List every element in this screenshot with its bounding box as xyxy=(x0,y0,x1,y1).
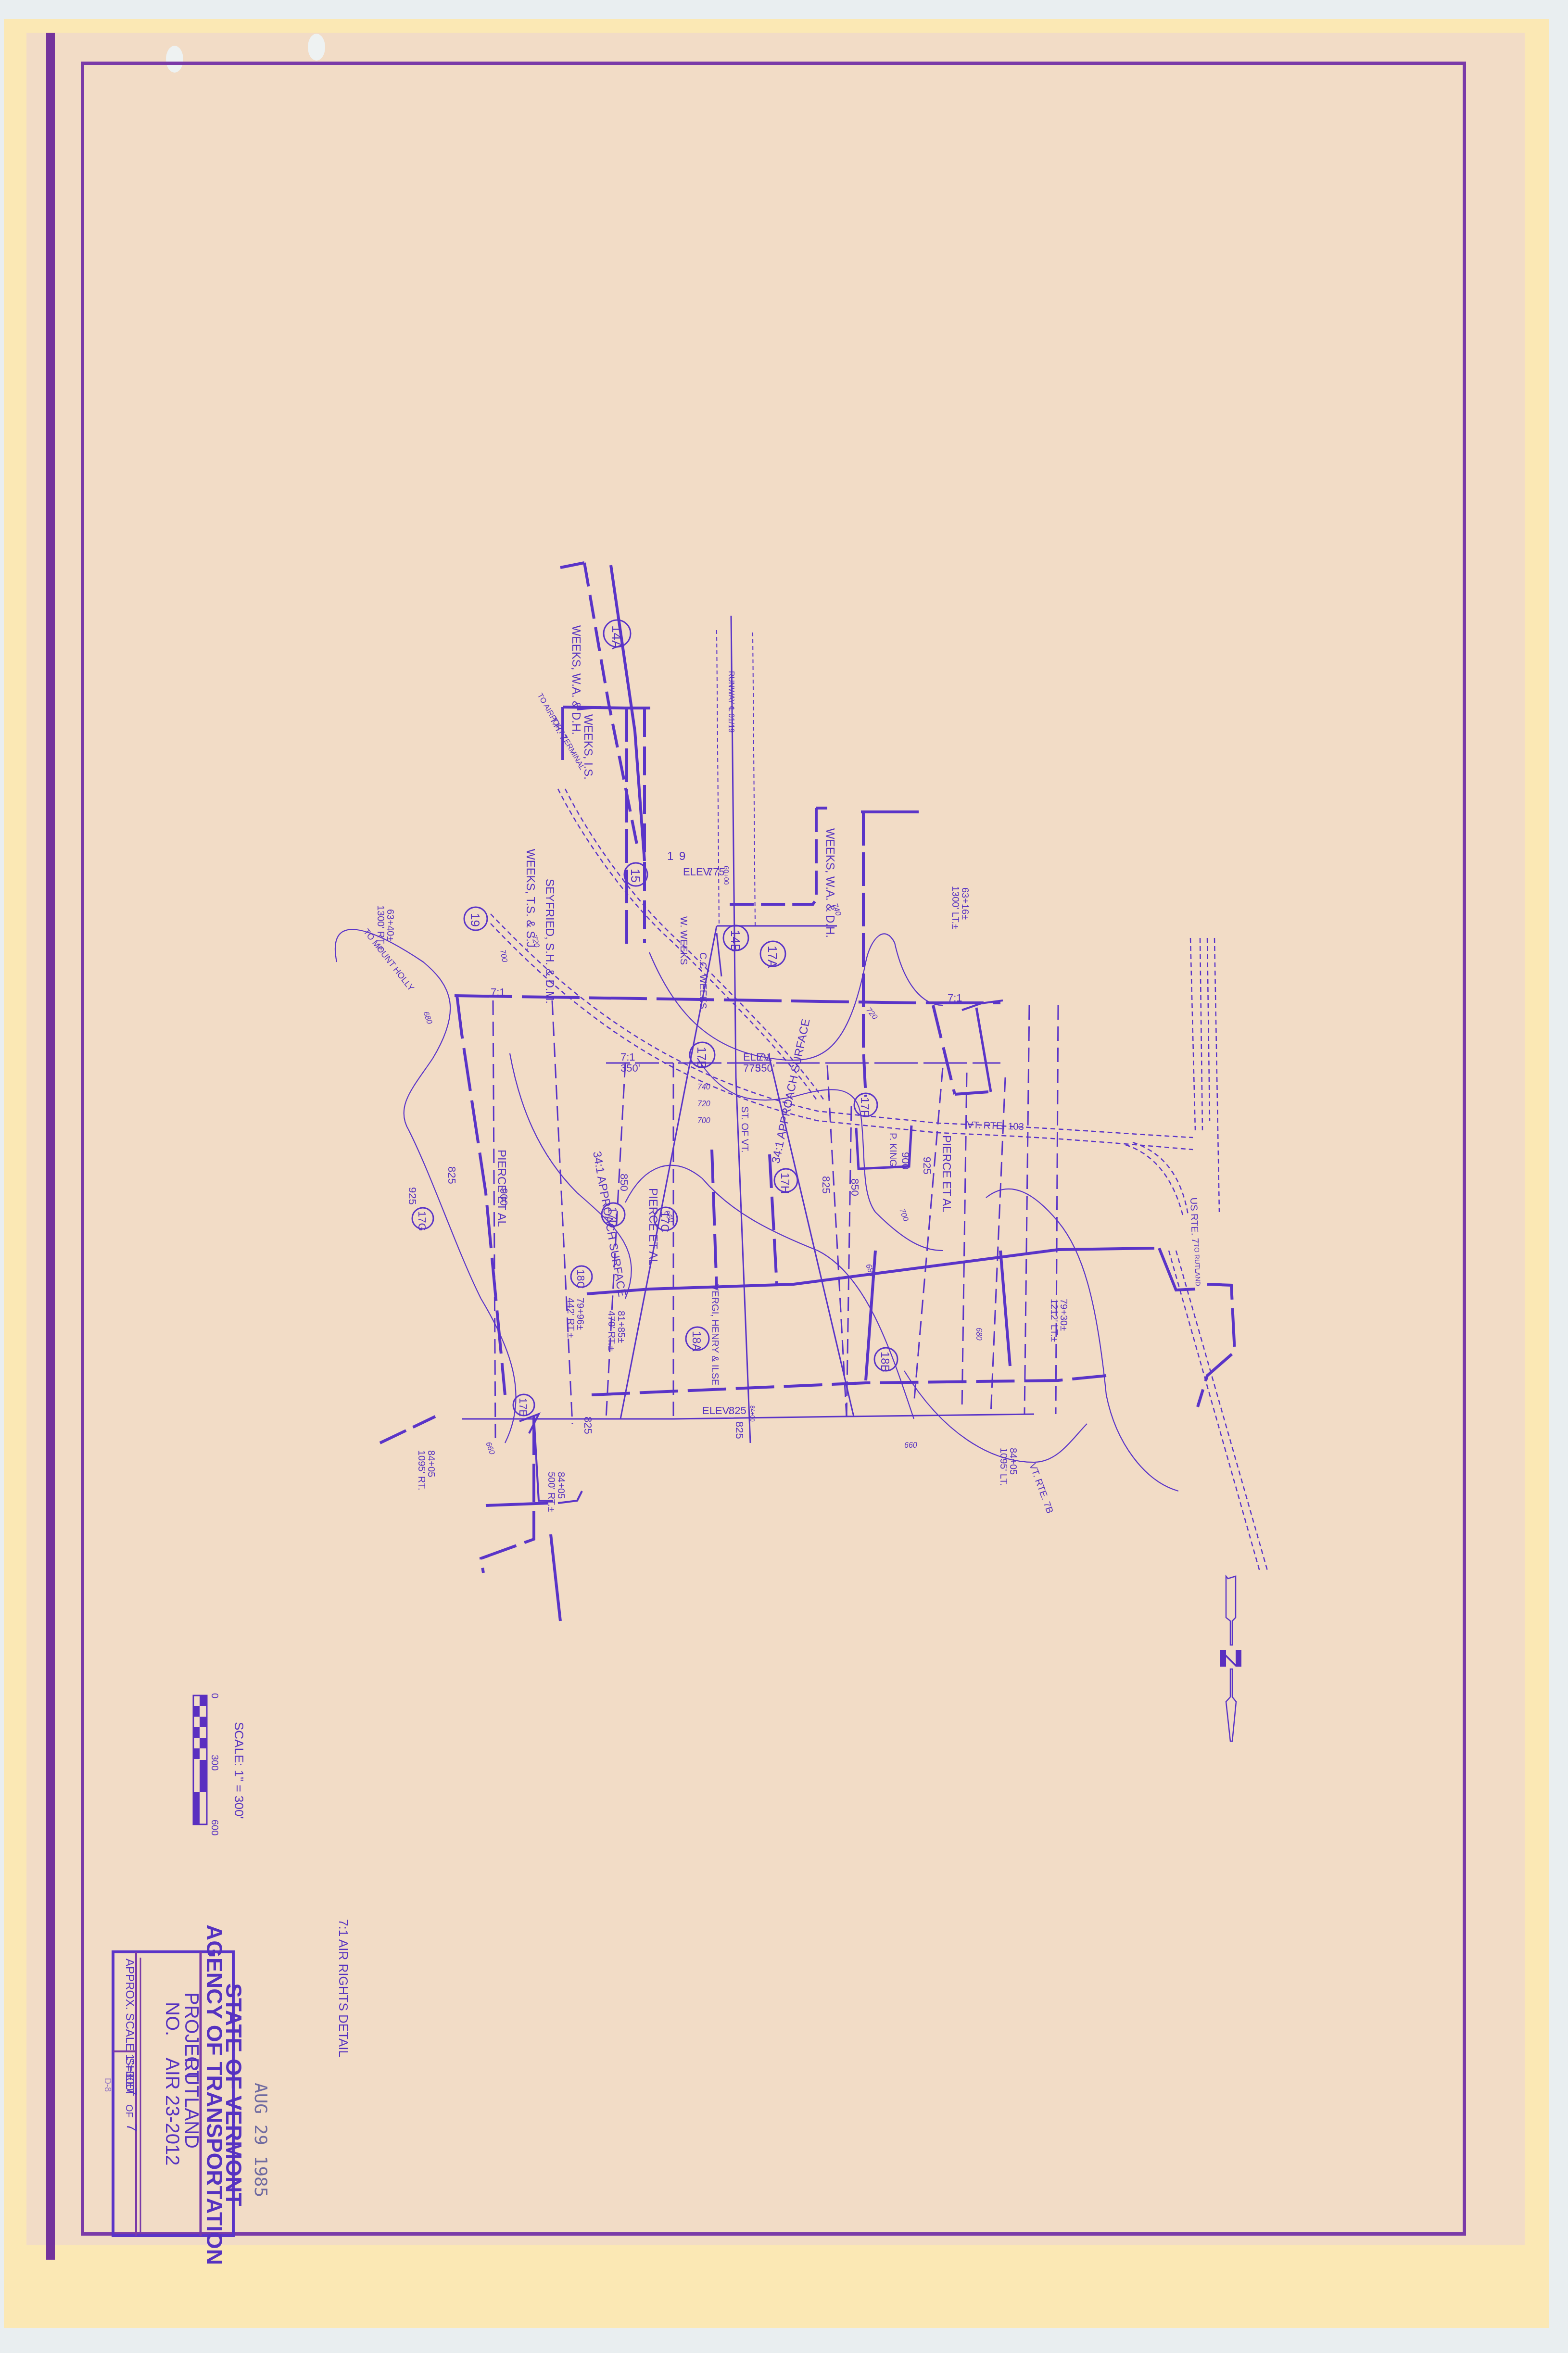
svg-text:7:1: 7:1 xyxy=(491,986,506,998)
svg-text:PIERCE ET AL: PIERCE ET AL xyxy=(940,1135,953,1213)
svg-text:17A: 17A xyxy=(765,946,780,968)
svg-text:825: 825 xyxy=(820,1176,832,1194)
parcel-18C[interactable]: 18C xyxy=(571,1266,592,1289)
svg-text:84+05: 84+05 xyxy=(556,1472,566,1499)
svg-text:84+05: 84+05 xyxy=(426,1450,436,1477)
svg-text:680: 680 xyxy=(974,1328,983,1341)
svg-text:350': 350' xyxy=(620,1062,640,1074)
svg-text:925: 925 xyxy=(406,1187,418,1205)
svg-text:17H: 17H xyxy=(778,1173,791,1194)
svg-text:ELEV.: ELEV. xyxy=(702,1404,731,1417)
parcel-18B[interactable]: 18B xyxy=(874,1348,898,1372)
svg-text:700: 700 xyxy=(697,1117,710,1125)
svg-text:WEEKS, W.A. & D.H.: WEEKS, W.A. & D.H. xyxy=(569,625,582,735)
svg-text:1095' LT.: 1095' LT. xyxy=(998,1448,1009,1486)
parcel-17H[interactable]: 17H xyxy=(774,1169,797,1194)
svg-text:ST. OF VT.: ST. OF VT. xyxy=(739,1106,750,1153)
svg-text:775: 775 xyxy=(743,1062,761,1074)
svg-text:VT. RTE. 7B: VT. RTE. 7B xyxy=(1027,1462,1055,1515)
svg-text:15: 15 xyxy=(628,869,643,883)
svg-text:63+16±: 63+16± xyxy=(960,887,970,920)
sheet-number: 7 xyxy=(124,2087,139,2096)
svg-text:19: 19 xyxy=(468,913,482,927)
detail-title: 7:1 AIR RIGHTS DETAIL xyxy=(336,1919,351,2057)
parcel-18A[interactable]: 18A xyxy=(686,1327,709,1352)
svg-text:825: 825 xyxy=(729,1404,746,1417)
scale-tick-300: 300 xyxy=(209,1755,220,1771)
parcel-17A[interactable]: 17A xyxy=(760,941,785,968)
runway-labels: RUNWAY ℄ 01/19 1 9 60+00 xyxy=(667,671,735,885)
svg-text:1095' RT.: 1095' RT. xyxy=(416,1450,427,1491)
scale-bar: 0 300 600 SCALE: 1" = 300' xyxy=(193,1693,246,1835)
svg-text:14A: 14A xyxy=(609,625,624,649)
svg-text:442' RT.±: 442' RT.± xyxy=(565,1298,576,1338)
svg-text:W. WEEKS: W. WEEKS xyxy=(678,916,689,965)
north-arrow-icon: N xyxy=(0,0,1241,1741)
title-block: STATE OF VERMONT AGENCY OF TRANSPORTATIO… xyxy=(103,1924,270,2265)
parcel-14A[interactable]: 14A xyxy=(604,620,631,649)
svg-text:1: 1 xyxy=(667,850,673,863)
parcel-markers: 14A 14B 15 19 17A 17B 17C 17D 17E 17F 17… xyxy=(412,620,898,1417)
project-number: AIR 23-2012 xyxy=(162,2058,183,2166)
svg-text:825: 825 xyxy=(582,1417,594,1434)
plan-drawing: STATE OF VERMONT AGENCY OF TRANSPORTATIO… xyxy=(0,0,1568,2353)
svg-text:925: 925 xyxy=(921,1157,933,1175)
project-name: RUTLAND xyxy=(181,2058,202,2149)
svg-text:17B: 17B xyxy=(695,1047,709,1069)
svg-text:18C: 18C xyxy=(575,1269,587,1289)
svg-text:84+00: 84+00 xyxy=(749,1405,756,1422)
svg-text:470' RT.±: 470' RT.± xyxy=(606,1311,617,1351)
svg-text:VERGI, HENRY & ILSE: VERGI, HENRY & ILSE xyxy=(709,1284,720,1385)
svg-text:RUNWAY ℄ 01/19: RUNWAY ℄ 01/19 xyxy=(727,671,735,733)
scale-label: SCALE: 1" = 300' xyxy=(232,1722,246,1819)
sheet-total: 7 xyxy=(124,2124,139,2132)
of-label: OF xyxy=(124,2104,134,2118)
svg-text:T.H. 7: T.H. 7 xyxy=(548,715,569,742)
svg-text:US RTE. 7: US RTE. 7 xyxy=(1188,1197,1200,1243)
svg-text:ELEV.: ELEV. xyxy=(743,1051,772,1063)
svg-text:PIERCE ET AL: PIERCE ET AL xyxy=(646,1188,659,1265)
svg-text:14B: 14B xyxy=(728,930,743,952)
svg-text:850: 850 xyxy=(849,1178,861,1196)
svg-text:900: 900 xyxy=(498,1188,510,1206)
svg-text:7:1: 7:1 xyxy=(620,1051,635,1063)
svg-text:TO RUTLAND: TO RUTLAND xyxy=(1193,1243,1202,1287)
svg-text:17F: 17F xyxy=(858,1097,871,1117)
svg-text:SEYFRIED, S.H. & D.M.: SEYFRIED, S.H. & D.M. xyxy=(543,879,556,1004)
title-agency: AGENCY OF TRANSPORTATION xyxy=(202,1924,227,2265)
svg-text:79+96±: 79+96± xyxy=(575,1298,585,1330)
number-label: NO. xyxy=(162,2002,183,2036)
svg-text:660: 660 xyxy=(484,1441,496,1456)
svg-text:700: 700 xyxy=(498,949,508,963)
svg-text:34:1 APPROACH SURFACE: 34:1 APPROACH SURFACE xyxy=(769,1018,812,1165)
parcel-17B[interactable]: 17B xyxy=(690,1042,715,1069)
date-stamp: AUG 29 1985 xyxy=(251,2083,270,2197)
scale-tick-0: 0 xyxy=(209,1693,220,1698)
parcel-17G[interactable]: 17G xyxy=(412,1208,433,1231)
svg-text:18B: 18B xyxy=(878,1352,891,1372)
svg-text:680: 680 xyxy=(421,1011,433,1025)
svg-text:WEEKS, I.S.: WEEKS, I.S. xyxy=(582,714,594,780)
svg-text:740: 740 xyxy=(697,1083,710,1091)
svg-text:1300' RT.±: 1300' RT.± xyxy=(375,905,386,951)
svg-text:C.C. WEEKS: C.C. WEEKS xyxy=(697,952,708,1009)
svg-text:900: 900 xyxy=(899,1152,911,1170)
contours xyxy=(335,929,1178,1491)
svg-text:720: 720 xyxy=(864,1006,879,1021)
parcel-14B[interactable]: 14B xyxy=(723,925,748,952)
svg-text:660: 660 xyxy=(904,1442,917,1450)
svg-text:63+40±: 63+40± xyxy=(385,909,395,941)
scale-tick-600: 600 xyxy=(209,1820,220,1835)
svg-text:34:1 APPROACH SURFACE: 34:1 APPROACH SURFACE xyxy=(590,1150,629,1298)
svg-text:17G: 17G xyxy=(416,1211,428,1231)
svg-text:700: 700 xyxy=(898,1208,910,1223)
svg-text:720: 720 xyxy=(697,1100,710,1108)
svg-text:9: 9 xyxy=(679,850,685,863)
svg-text:VT. RTE. 103: VT. RTE. 103 xyxy=(967,1120,1024,1132)
svg-text:825: 825 xyxy=(446,1166,458,1184)
drawing-code: D-8 xyxy=(103,2078,113,2092)
svg-text:7:1: 7:1 xyxy=(948,992,962,1004)
svg-text:18A: 18A xyxy=(690,1331,703,1352)
svg-text:81+85±: 81+85± xyxy=(616,1311,626,1343)
property-lines xyxy=(380,563,1235,1621)
svg-text:17E: 17E xyxy=(517,1398,529,1417)
svg-text:850: 850 xyxy=(618,1174,630,1191)
svg-text:1300' LT.±: 1300' LT.± xyxy=(950,886,961,929)
svg-text:79+30±: 79+30± xyxy=(1058,1299,1069,1331)
svg-text:500' RT.±: 500' RT.± xyxy=(546,1472,556,1512)
svg-text:775: 775 xyxy=(707,866,725,878)
parcel-17E[interactable]: 17E xyxy=(513,1394,534,1417)
svg-text:825: 825 xyxy=(733,1421,746,1439)
svg-text:P. KING: P. KING xyxy=(887,1133,898,1167)
svg-text:1212' LT.±: 1212' LT.± xyxy=(1049,1299,1059,1342)
svg-text:WEEKS, W.A. & D.H.: WEEKS, W.A. & D.H. xyxy=(823,828,836,938)
svg-text:84+05: 84+05 xyxy=(1008,1448,1018,1475)
parcel-19[interactable]: 19 xyxy=(464,907,487,930)
